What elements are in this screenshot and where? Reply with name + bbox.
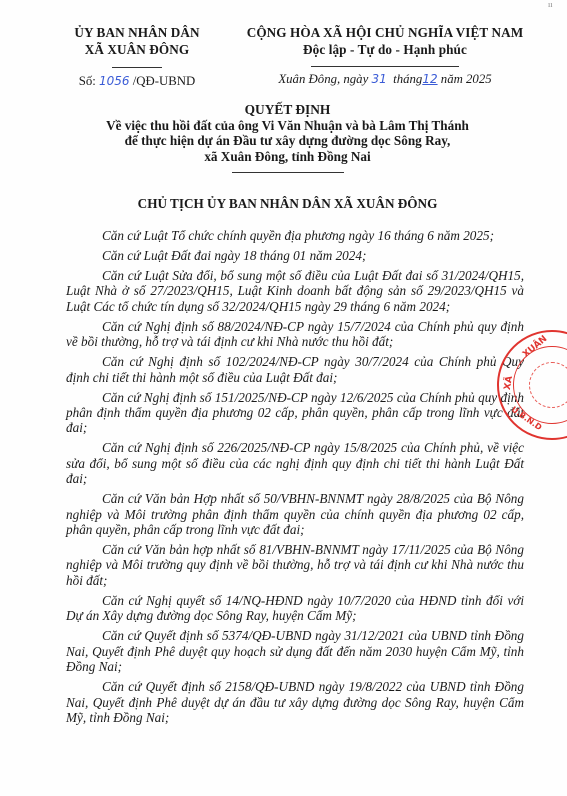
- authority-line-1: ỦY BAN NHÂN DÂN: [52, 24, 222, 41]
- decision-title: QUYẾT ĐỊNH: [60, 101, 515, 118]
- place-label: Xuân Đông, ngày: [278, 72, 368, 86]
- national-motto: Độc lập - Tự do - Hạnh phúc: [240, 41, 530, 58]
- authority-line-2: XÃ XUÂN ĐÔNG: [52, 41, 222, 58]
- document-number: Số: 1056 /QĐ-UBND: [52, 74, 222, 89]
- decision-heading: QUYẾT ĐỊNH Về việc thu hồi đất của ông V…: [60, 101, 515, 173]
- legal-basis-list: Căn cứ Luật Tổ chức chính quyền địa phươ…: [66, 228, 524, 730]
- legal-basis-paragraph: Căn cứ Luật Đất đai ngày 18 tháng 01 năm…: [66, 248, 524, 263]
- legal-basis-paragraph: Căn cứ Nghị định số 88/2024/NĐ-CP ngày 1…: [66, 319, 524, 350]
- subject-divider: [232, 172, 344, 173]
- legal-basis-paragraph: Căn cứ Luật Sửa đổi, bổ sung một số điều…: [66, 268, 524, 314]
- year-label: năm 2025: [441, 72, 492, 86]
- legal-basis-paragraph: Căn cứ Nghị định số 151/2025/NĐ-CP ngày …: [66, 390, 524, 436]
- legal-basis-paragraph: Căn cứ Luật Tổ chức chính quyền địa phươ…: [66, 228, 524, 243]
- day-handwritten: 31: [371, 72, 386, 86]
- month-label: tháng: [393, 72, 422, 86]
- ref-number-handwritten: 1056: [99, 74, 130, 88]
- legal-basis-paragraph: Căn cứ Quyết định số 2158/QĐ-UBND ngày 1…: [66, 679, 524, 725]
- national-motto-block: CỘNG HÒA XÃ HỘI CHỦ NGHĨA VIỆT NAM Độc l…: [240, 24, 530, 87]
- ref-suffix: /QĐ-UBND: [133, 74, 196, 88]
- authority-divider: [112, 67, 162, 68]
- national-title: CỘNG HÒA XÃ HỘI CHỦ NGHĨA VIỆT NAM: [240, 24, 530, 41]
- place-and-date: Xuân Đông, ngày 31 tháng12 năm 2025: [240, 72, 530, 87]
- decision-subject-line-2: để thực hiện dự án Đầu tư xây dựng đường…: [60, 133, 515, 148]
- ref-prefix: Số:: [79, 74, 96, 88]
- document-page: ıı ỦY BAN NHÂN DÂN XÃ XUÂN ĐÔNG Số: 1056…: [0, 0, 567, 796]
- legal-basis-paragraph: Căn cứ Văn bản hợp nhất số 81/VBHN-BNNMT…: [66, 542, 524, 588]
- issuing-authority-block: ỦY BAN NHÂN DÂN XÃ XUÂN ĐÔNG Số: 1056 /Q…: [52, 24, 222, 89]
- legal-basis-paragraph: Căn cứ Quyết định số 5374/QĐ-UBND ngày 3…: [66, 628, 524, 674]
- legal-basis-paragraph: Căn cứ Nghị quyết số 14/NQ-HĐND ngày 10/…: [66, 593, 524, 624]
- legal-basis-paragraph: Căn cứ Nghị định số 226/2025/NĐ-CP ngày …: [66, 440, 524, 486]
- motto-divider: [311, 66, 459, 67]
- decision-subject-line-1: Về việc thu hồi đất của ông Vi Văn Nhuận…: [60, 118, 515, 133]
- legal-basis-paragraph: Căn cứ Văn bản Hợp nhất số 50/VBHN-BNNMT…: [66, 491, 524, 537]
- authority-heading: CHỦ TỊCH ỦY BAN NHÂN DÂN XÃ XUÂN ĐÔNG: [60, 196, 515, 212]
- corner-mark: ıı: [548, 0, 552, 9]
- seal-emblem-icon: [529, 362, 567, 408]
- decision-subject-line-3: xã Xuân Đông, tỉnh Đồng Nai: [60, 149, 515, 164]
- legal-basis-paragraph: Căn cứ Nghị định số 102/2024/NĐ-CP ngày …: [66, 354, 524, 385]
- month-handwritten: 12: [422, 72, 437, 86]
